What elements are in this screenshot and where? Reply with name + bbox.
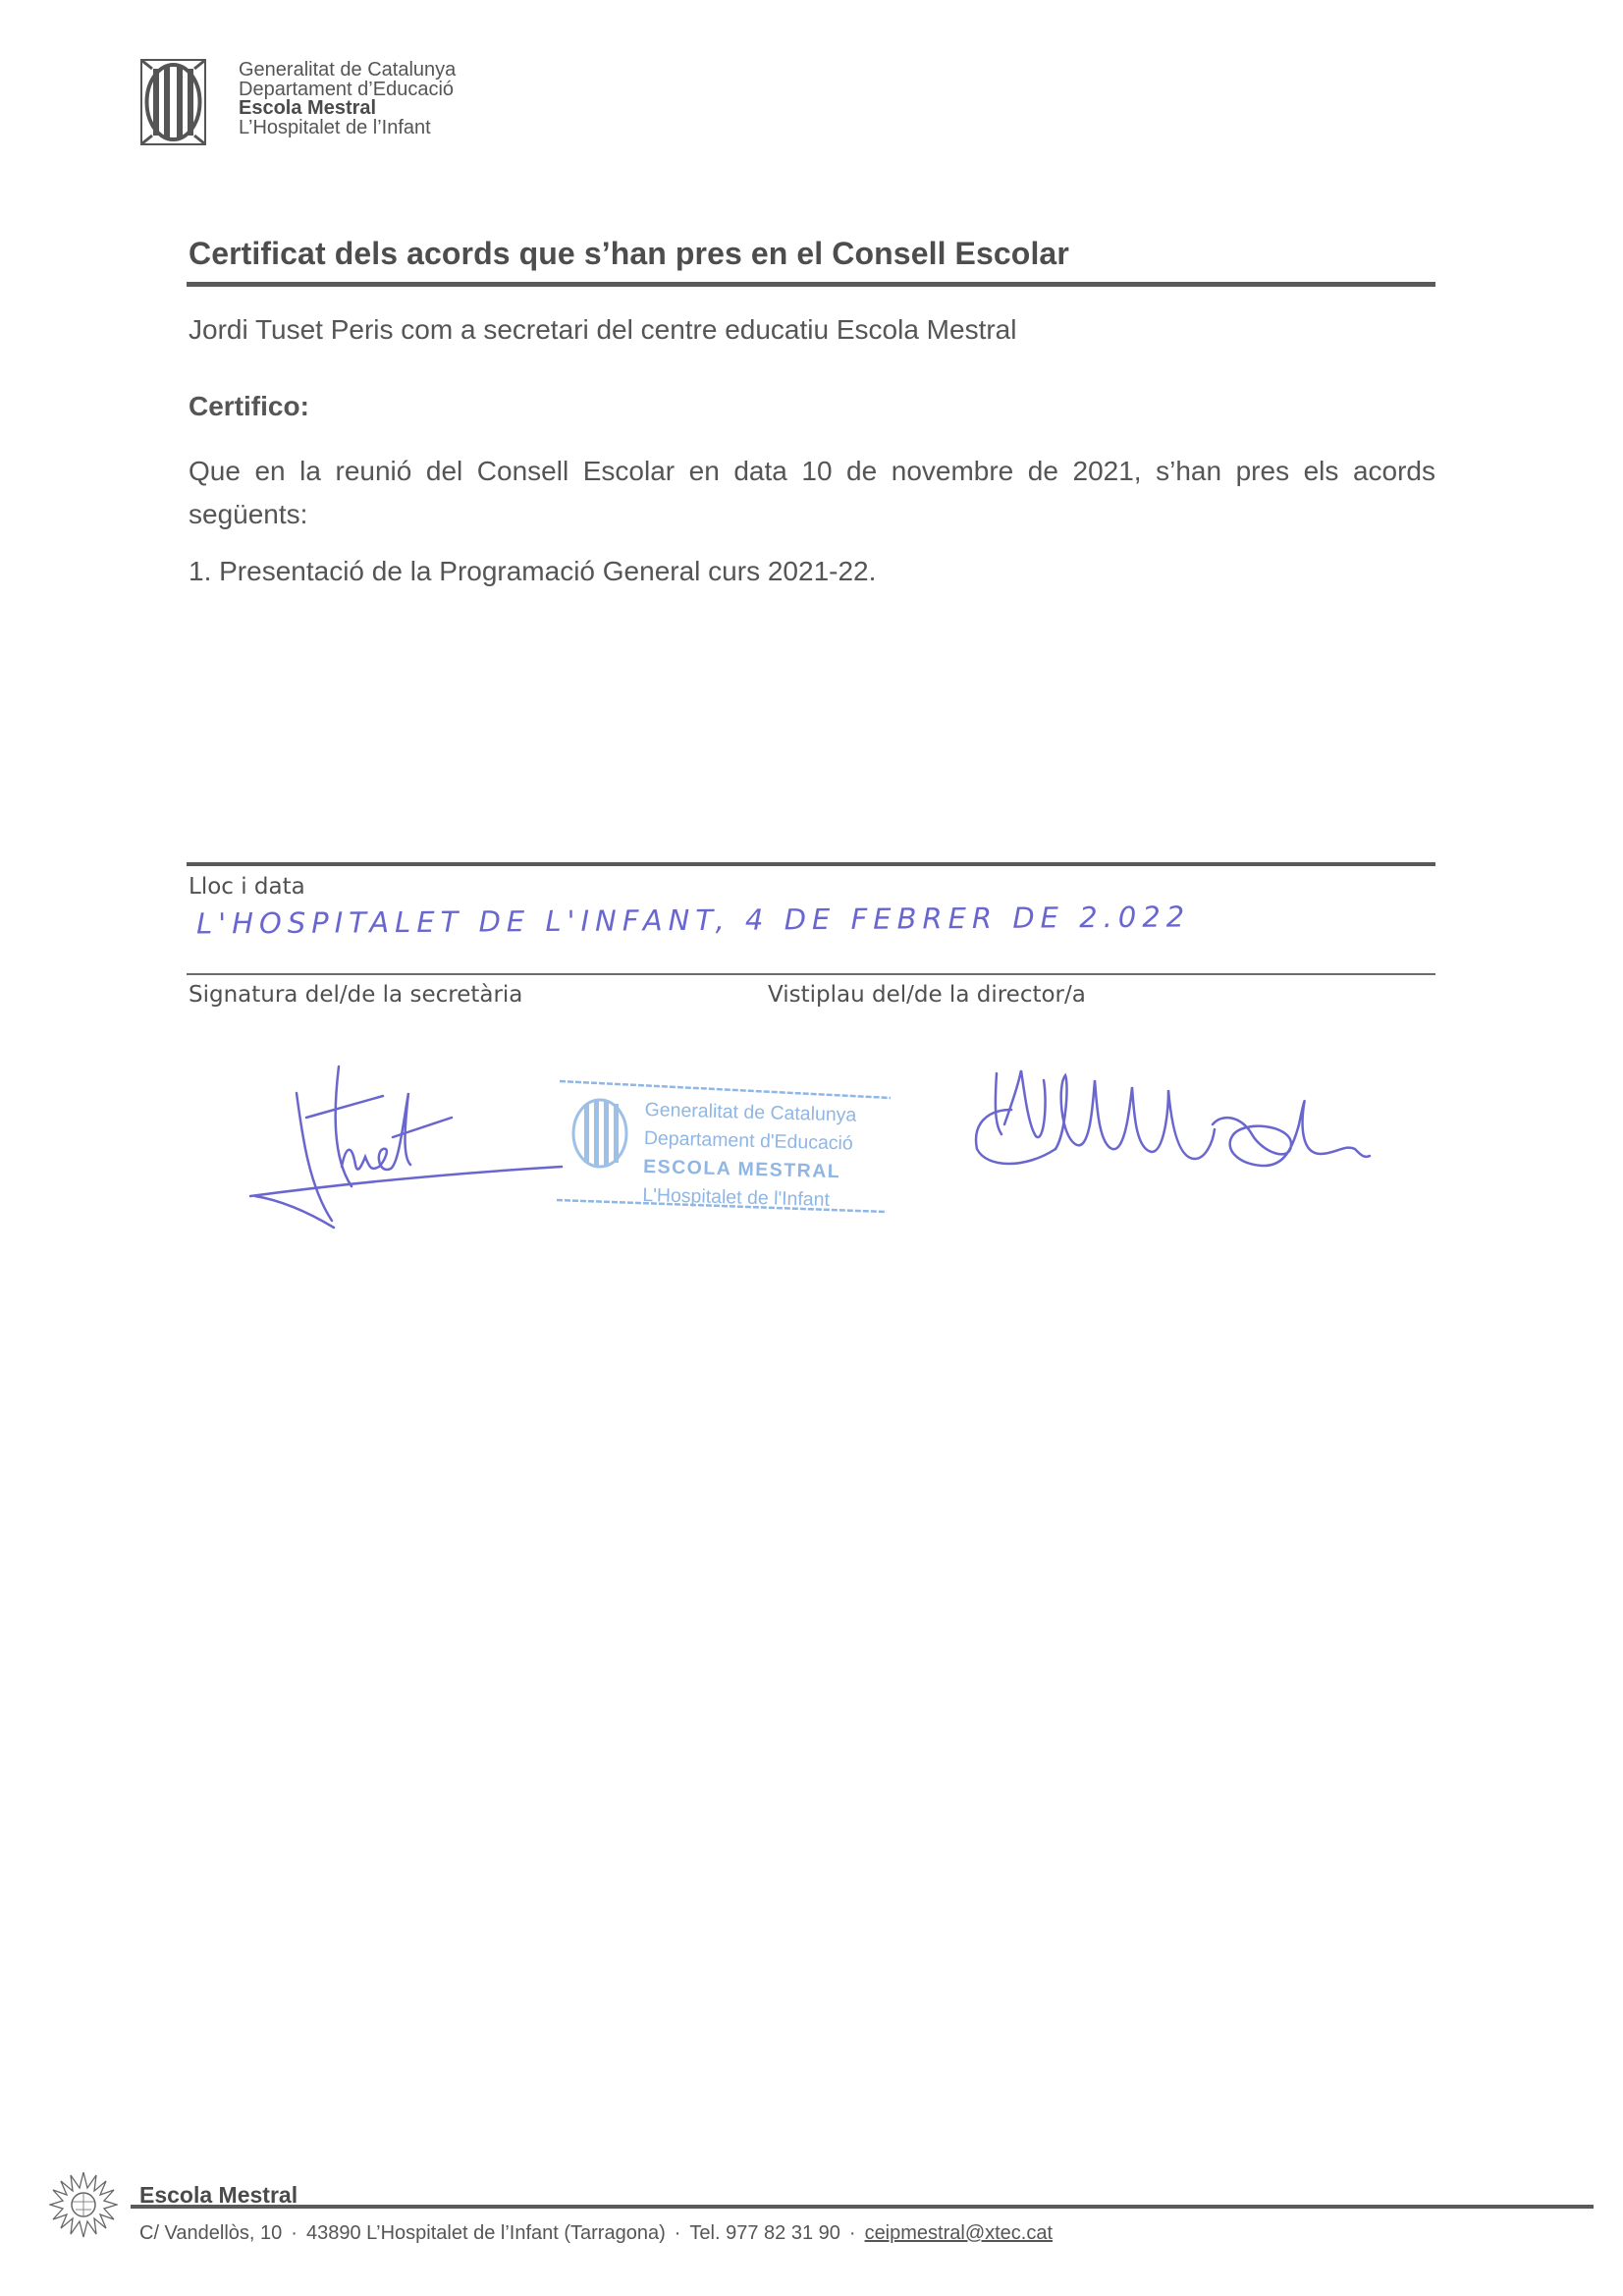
intro-text: Jordi Tuset Peris com a secretari del ce… — [189, 308, 1016, 352]
org-line-school: Escola Mestral — [239, 99, 456, 119]
school-stamp: Generalitat de Catalunya Departament d'E… — [555, 1078, 893, 1216]
signature-divider — [187, 973, 1435, 975]
stamp-shield-icon — [573, 1100, 626, 1167]
footer-phone: Tel. 977 82 31 90 — [689, 2222, 839, 2244]
agreement-item: 1. Presentació de la Programació General… — [189, 550, 876, 593]
director-signature-label: Vistiplau del/de la director/a — [768, 982, 1086, 1008]
stamp-line-town: L'Hospitalet de l'Infant — [642, 1181, 854, 1216]
title-divider — [187, 282, 1435, 287]
place-date-label: Lloc i data — [189, 874, 305, 900]
secretary-signature-label: Signatura del/de la secretària — [189, 982, 522, 1008]
separator: · — [291, 2222, 298, 2244]
separator: · — [849, 2222, 856, 2244]
org-line-town: L’Hospitalet de l’Infant — [239, 119, 456, 138]
document-title: Certificat dels acords que s’han pres en… — [189, 236, 1069, 272]
signature-divider-top — [187, 862, 1435, 866]
org-line-generalitat: Generalitat de Catalunya — [239, 61, 456, 81]
footer-email-link[interactable]: ceipmestral@xtec.cat — [865, 2222, 1053, 2244]
secretary-signature — [236, 1059, 574, 1230]
certifico-heading: Certifico: — [189, 391, 309, 422]
generalitat-shield-icon — [140, 59, 206, 145]
footer-address: C/ Vandellòs, 10 — [139, 2222, 282, 2244]
separator: · — [675, 2222, 681, 2244]
place-date-handwritten: L'HOSPITALET DE L'INFANT, 4 DE FEBRER DE… — [196, 900, 1190, 940]
sun-star-icon — [49, 2170, 118, 2239]
footer-city: 43890 L’Hospitalet de l’Infant (Tarragon… — [306, 2222, 666, 2244]
agreements-paragraph: Que en la reunió del Consell Escolar en … — [189, 450, 1435, 536]
director-signature — [967, 1066, 1380, 1174]
footer-divider — [131, 2205, 1594, 2209]
organization-header: Generalitat de Catalunya Departament d’E… — [239, 61, 456, 137]
footer-contact: C/ Vandellòs, 10·43890 L’Hospitalet de l… — [139, 2222, 1053, 2245]
